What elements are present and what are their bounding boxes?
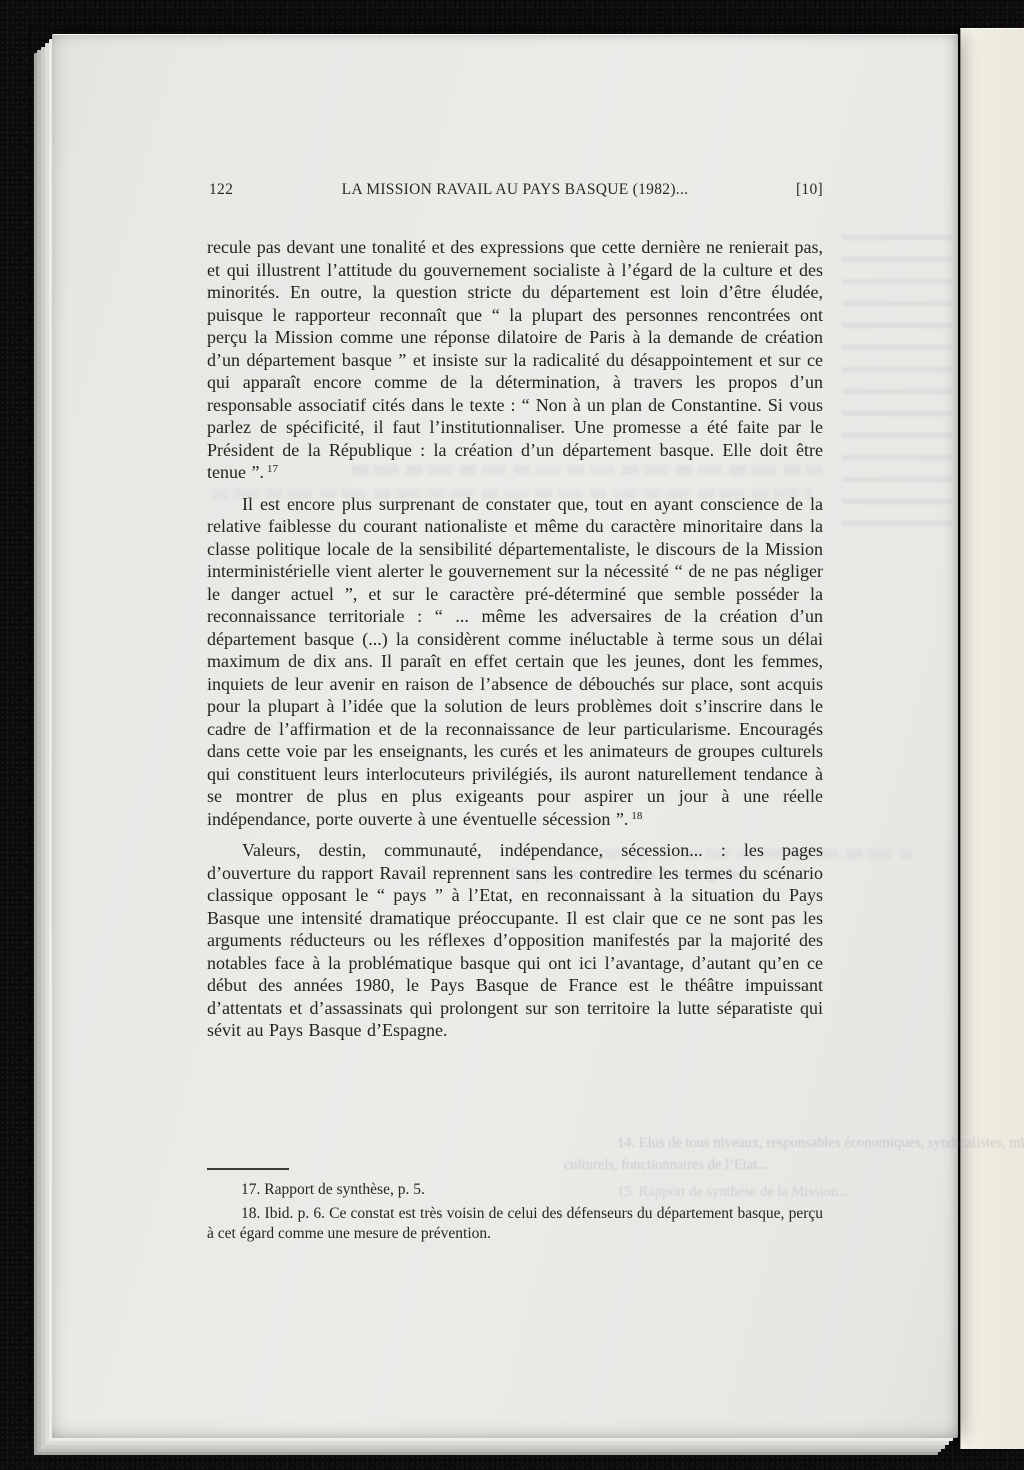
- paragraph-text: Valeurs, destin, communauté, indépendanc…: [207, 840, 823, 1040]
- running-header: 122 LA MISSION RAVAIL AU PAYS BASQUE (19…: [207, 181, 823, 203]
- body-paragraph: Il est encore plus surprenant de constat…: [207, 493, 823, 831]
- paragraph-text: Il est encore plus surprenant de constat…: [207, 494, 823, 829]
- issue-marker: [10]: [796, 181, 823, 199]
- footnote: 17. Rapport de synthèse, p. 5.: [207, 1180, 823, 1201]
- footnotes-block: 17. Rapport de synthèse, p. 5. 18. Ibid.…: [207, 1168, 823, 1248]
- body-text: recule pas devant une tonalité et des ex…: [207, 236, 823, 1042]
- text-column: 122 LA MISSION RAVAIL AU PAYS BASQUE (19…: [207, 181, 823, 1042]
- running-title: LA MISSION RAVAIL AU PAYS BASQUE (1982).…: [342, 181, 689, 199]
- book-page: “ l’importance ne doit pas être exagérée…: [52, 34, 958, 1438]
- footnote-reference: 18: [631, 810, 642, 822]
- footnote: 18. Ibid. p. 6. Ce constat est très vois…: [207, 1204, 823, 1245]
- footnote-separator-rule: [207, 1168, 289, 1170]
- ghost-showthrough-margin: [842, 235, 952, 535]
- page-number: 122: [209, 181, 233, 199]
- footnote-reference: 17: [267, 463, 278, 475]
- facing-page-edge: [960, 28, 1024, 1449]
- paragraph-text: recule pas devant une tonalité et des ex…: [207, 237, 823, 482]
- body-paragraph: recule pas devant une tonalité et des ex…: [207, 236, 823, 484]
- ghost-showthrough-text: 14. Elus de tous niveaux, responsables é…: [617, 1135, 1024, 1152]
- body-paragraph: Valeurs, destin, communauté, indépendanc…: [207, 839, 823, 1042]
